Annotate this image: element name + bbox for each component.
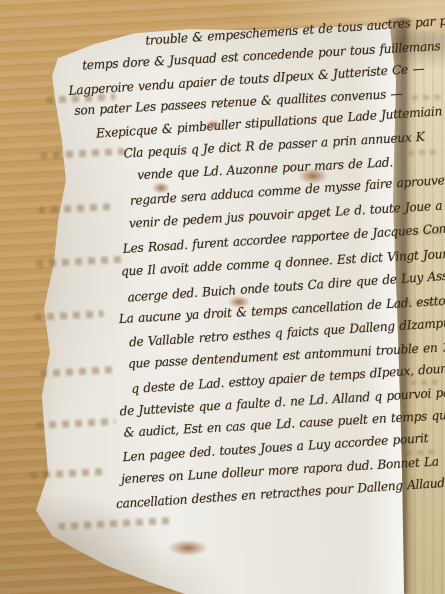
underpage-faint-writing [412,94,442,100]
paper-stain [298,168,328,184]
paper-stain [205,120,221,130]
paper-stain [152,182,170,194]
manuscript-photo: trouble & empeschemens et de tous auctre… [0,0,445,594]
paper-stain [228,296,250,308]
paper-stain [168,540,208,556]
